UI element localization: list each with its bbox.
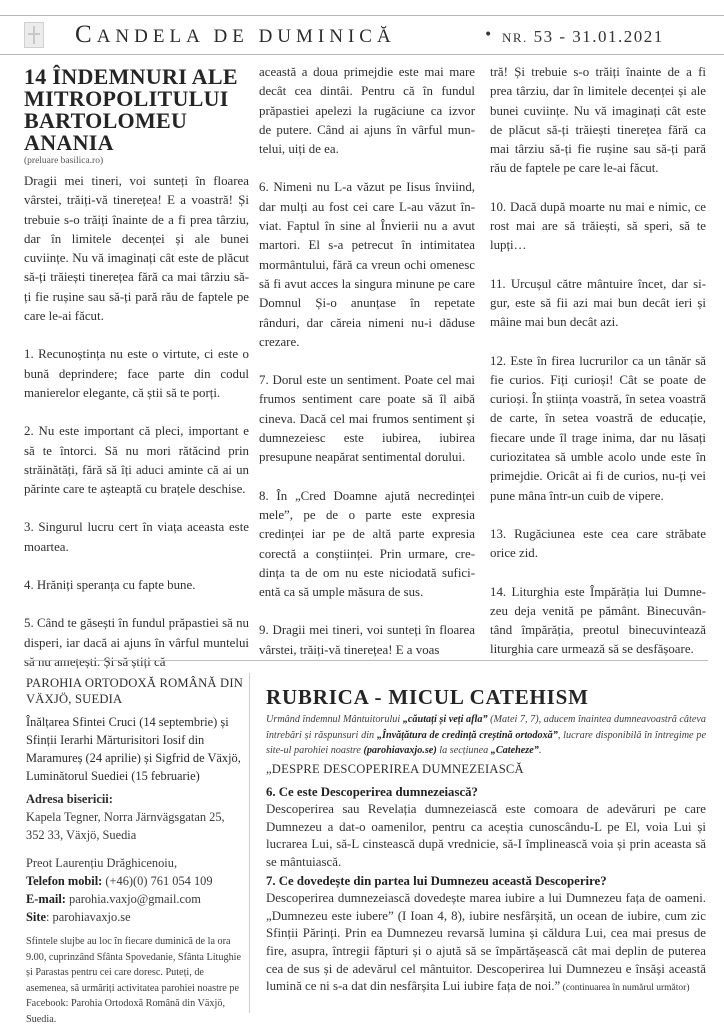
point-1: 1. Recunoștința nu este o virtute, ci es…	[24, 345, 249, 403]
point-5-start: 5. Când te găsești în fundul prăpastiei …	[24, 614, 249, 672]
issue-number: 53	[534, 27, 554, 46]
contact-block: Preot Laurențiu Drăghicenoiu, Telefon mo…	[26, 854, 244, 926]
catechism-title: RUBRICA - MICUL CATEHISM	[266, 685, 706, 709]
point-5-cont: această a doua primejdie este mai mare d…	[259, 63, 475, 159]
catechism-section: RUBRICA - MICUL CATEHISM Urmând îndemnul…	[266, 668, 706, 1000]
site-address: : parohiavaxjo.se	[46, 910, 131, 924]
parish-crest-icon	[24, 22, 44, 48]
point-2: 2. Nu este important că pleci, important…	[24, 422, 249, 499]
article-intro: Dragii mei tineri, voi sunteți în floare…	[24, 172, 249, 326]
point-4: 4. Hrăniți speranța cu fapte bune.	[24, 576, 249, 595]
point-7: 7. Dorul este un sentiment. Poate cel ma…	[259, 371, 475, 467]
point-3: 3. Singurul lucru cert în viața aceasta …	[24, 518, 249, 557]
point-6: 6. Nimeni nu L-a văzut pe Iisus înviind,…	[259, 178, 475, 352]
church-address: Kapela Tegner, Norra Järnvägsgatan 25, 3…	[26, 808, 244, 844]
article-source: (preluare basilica.ro)	[24, 155, 249, 167]
email-address: parohia.vaxjo@gmail.com	[66, 892, 201, 906]
point-10: 10. Dacă după moarte nu mai e nimic, ce …	[490, 198, 706, 256]
point-14: 14. Liturghia este Împărăția lui Dumne­z…	[490, 583, 706, 660]
catechism-subtitle: „DESPRE DESCOPERIREA DUMNEZEIASCĂ	[266, 761, 706, 778]
phone-line: Telefon mobil: (+46)(0) 761 054 109	[26, 872, 244, 890]
email-line: E-mail: parohia.vaxjo@gmail.com	[26, 890, 244, 908]
section-divider	[24, 660, 708, 661]
answer-7: Descoperirea dumnezeiască dovedește mare…	[266, 890, 706, 998]
parish-name: PAROHIA ORTODOXĂ ROMÂNĂ DIN VÄXJÖ, SUEDI…	[26, 675, 244, 707]
article-column-3: tră! Și trebuie s-o trăiți înainte de a …	[490, 63, 706, 679]
phone-number: (+46)(0) 761 054 109	[102, 874, 212, 888]
issue-date: 31.01.2021	[572, 27, 664, 46]
continuation-note: (continuarea în numărul următor)	[560, 983, 689, 993]
question-6: 6. Ce este Descoperirea dumnezeiască?	[266, 784, 706, 801]
article-column-1: 14 ÎNDEMNURI ALE MITROPOLITULUI BARTOLOM…	[24, 64, 249, 691]
article-headline: 14 ÎNDEMNURI ALE MITROPOLITULUI BARTOLOM…	[24, 66, 249, 154]
answer-6: Descoperirea sau Revelația dumnezeiască …	[266, 801, 706, 871]
priest-name: Preot Laurențiu Drăghicenoiu,	[26, 854, 244, 872]
catechism-intro: Urmând îndemnul Mântuitorului „căutați ș…	[266, 712, 706, 759]
issue-separator: -	[559, 27, 566, 46]
parish-patrons: Înălțarea Sfintei Cruci (14 septembrie) …	[26, 713, 244, 785]
question-7: 7. Ce dovedește din partea lui Dumnezeu …	[266, 873, 706, 890]
article-column-2: această a doua primejdie este mai mare d…	[259, 63, 475, 679]
point-9-start: 9. Dragii mei tineri, voi sunteți în flo…	[259, 621, 475, 660]
column-divider	[249, 673, 250, 1013]
newsletter-title: CANDELA DE DUMINICĂ	[75, 21, 396, 49]
site-line: Site: parohiavaxjo.se	[26, 908, 244, 926]
issue-info: NR. 53 - 31.01.2021	[502, 27, 664, 47]
services-note: Sfintele slujbe au loc în fiecare dumini…	[26, 934, 244, 1024]
issue-label: NR.	[502, 30, 528, 45]
point-12: 12. Este în firea lucrurilor ca un tânăr…	[490, 352, 706, 506]
parish-info: PAROHIA ORTODOXĂ ROMÂNĂ DIN VÄXJÖ, SUEDI…	[26, 675, 244, 1024]
point-13: 13. Rugăciunea este cea care străbate or…	[490, 525, 706, 564]
bullet-separator: •	[484, 27, 492, 43]
point-11: 11. Urcușul către mântuire încet, dar si…	[490, 275, 706, 333]
address-label: Adresa bisericii:	[26, 791, 244, 808]
point-8: 8. În „Cred Doamne ajută necredin­ței me…	[259, 487, 475, 603]
masthead: CANDELA DE DUMINICĂ • NR. 53 - 31.01.202…	[0, 15, 724, 55]
point-9-cont: tră! Și trebuie s-o trăiți înainte de a …	[490, 63, 706, 179]
